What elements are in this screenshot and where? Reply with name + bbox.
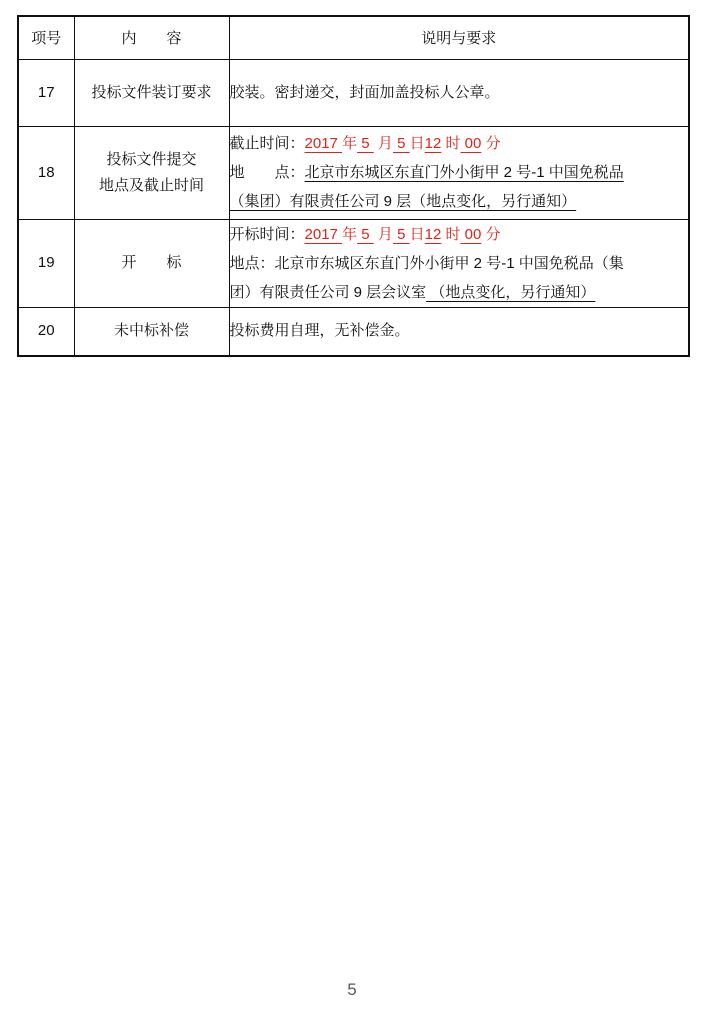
content-17: 投标文件装订要求 <box>74 59 229 126</box>
deadline-date: 2017 年 5 月 5 日12 时 00 分 <box>305 135 501 152</box>
table-row-18: 18 投标文件提交 地点及截止时间 截止时间：2017 年 5 月 5 日12 … <box>18 126 689 219</box>
description-18: 截止时间：2017 年 5 月 5 日12 时 00 分 地 点：北京市东城区东… <box>229 126 689 219</box>
table-row-19: 19 开 标 开标时间：2017 年 5 月 5 日12 时 00 分 地点：北… <box>18 219 689 307</box>
address-line2-plain: 团）有限责任公司 9 层会议室 <box>230 284 427 301</box>
content-18-line1: 投标文件提交 <box>75 147 229 173</box>
binding-requirement-text: 胶装。密封递交，封面加盖投标人公章。 <box>230 83 689 103</box>
page-number: 5 <box>0 980 704 1000</box>
content-18-line2: 地点及截止时间 <box>75 173 229 199</box>
table-row-20: 20 未中标补偿 投标费用自理，无补偿金。 <box>18 307 689 356</box>
header-content: 内 容 <box>74 16 229 59</box>
date-month: 5 <box>357 226 374 243</box>
address-continuation-line: 团）有限责任公司 9 层会议室 （地点变化，另行通知） <box>230 278 689 307</box>
table-row-17: 17 投标文件装订要求 胶装。密封递交，封面加盖投标人公章。 <box>18 59 689 126</box>
location-label: 地 点： <box>230 164 305 181</box>
deadline-label: 截止时间： <box>230 135 305 152</box>
content-19: 开 标 <box>74 219 229 307</box>
content-20: 未中标补偿 <box>74 307 229 356</box>
location-label: 地点： <box>230 255 275 272</box>
date-day: 5 <box>393 226 410 243</box>
date-hour: 12 <box>425 135 442 152</box>
item-no-19: 19 <box>18 219 74 307</box>
item-no-18: 18 <box>18 126 74 219</box>
location-line: 地点：北京市东城区东直门外小街甲 2 号-1 中国免税品（集 <box>230 249 689 278</box>
compensation-text: 投标费用自理，无补偿金。 <box>230 321 689 341</box>
date-year-unit: 年 <box>342 135 357 152</box>
date-day-unit: 日 <box>410 226 425 243</box>
date-month-unit: 月 <box>374 135 393 152</box>
address-line1: 北京市东城区东直门外小街甲 2 号-1 中国免税品 <box>305 164 624 181</box>
date-year: 2017 <box>305 135 343 152</box>
date-month-unit: 月 <box>374 226 393 243</box>
date-minute-unit: 分 <box>481 135 500 152</box>
content-18: 投标文件提交 地点及截止时间 <box>74 126 229 219</box>
opening-date: 2017 年 5 月 5 日12 时 00 分 <box>305 226 501 243</box>
date-minute: 00 <box>461 226 482 243</box>
date-month: 5 <box>357 135 374 152</box>
date-minute-unit: 分 <box>481 226 500 243</box>
deadline-line: 截止时间：2017 年 5 月 5 日12 时 00 分 <box>230 129 689 158</box>
date-year-unit: 年 <box>342 226 357 243</box>
date-hour: 12 <box>425 226 442 243</box>
description-20: 投标费用自理，无补偿金。 <box>229 307 689 356</box>
date-minute: 00 <box>461 135 482 152</box>
date-hour-unit: 时 <box>441 135 460 152</box>
address-continuation-line: （集团）有限责任公司 9 层（地点变化，另行通知） <box>230 187 689 216</box>
item-no-17: 17 <box>18 59 74 126</box>
description-17: 胶装。密封递交，封面加盖投标人公章。 <box>229 59 689 126</box>
date-day: 5 <box>393 135 410 152</box>
document-page: 项号 内 容 说明与要求 17 投标文件装订要求 胶装。密封递交，封面加盖投标人… <box>0 0 704 1027</box>
opening-label: 开标时间： <box>230 226 305 243</box>
header-item-no: 项号 <box>18 16 74 59</box>
opening-time-line: 开标时间：2017 年 5 月 5 日12 时 00 分 <box>230 220 689 249</box>
location-line: 地 点：北京市东城区东直门外小街甲 2 号-1 中国免税品 <box>230 158 689 187</box>
description-19: 开标时间：2017 年 5 月 5 日12 时 00 分 地点：北京市东城区东直… <box>229 219 689 307</box>
date-year: 2017 <box>305 226 343 243</box>
address-line1: 北京市东城区东直门外小街甲 2 号-1 中国免税品（集 <box>275 255 624 272</box>
address-line2-note: （地点变化，另行通知） <box>426 284 595 301</box>
address-line2: （集团）有限责任公司 9 层（地点变化，另行通知） <box>230 193 577 210</box>
table-header-row: 项号 内 容 说明与要求 <box>18 16 689 59</box>
date-day-unit: 日 <box>410 135 425 152</box>
item-no-20: 20 <box>18 307 74 356</box>
header-description: 说明与要求 <box>229 16 689 59</box>
date-hour-unit: 时 <box>441 226 460 243</box>
bid-info-table: 项号 内 容 说明与要求 17 投标文件装订要求 胶装。密封递交，封面加盖投标人… <box>17 15 690 357</box>
